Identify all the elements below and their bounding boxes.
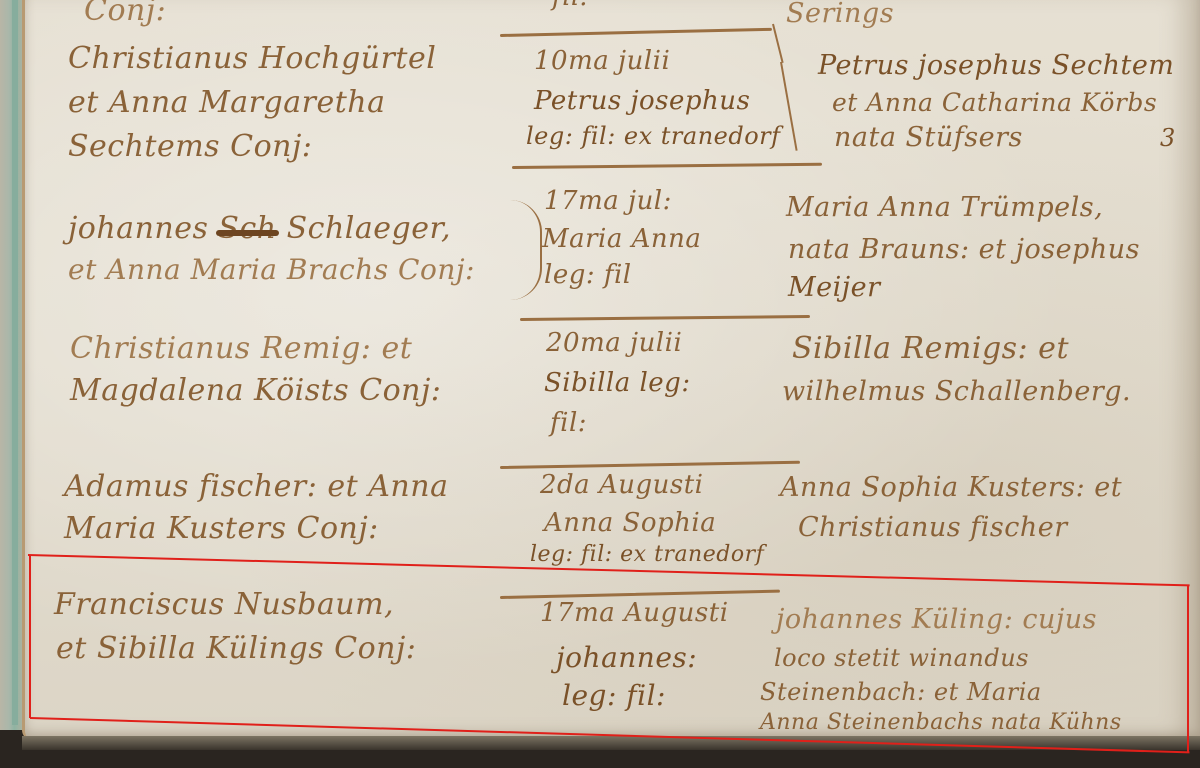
entry-4-godparents-line-2: Christianus fischer: [798, 514, 1068, 541]
entry-1-legitimacy: leg: fil: ex tranedorf: [526, 124, 781, 148]
entry-3-date: 20ma julii: [546, 330, 682, 356]
entry-4-parents-line-2: Maria Kusters Conj:: [64, 514, 379, 544]
entry-2-godparents-line-1: Maria Anna Trümpels,: [786, 194, 1103, 221]
top-fragment-right: Serings: [786, 0, 894, 27]
entry-1-godparents-line-3: nata Stüfsers: [834, 124, 1023, 151]
entry-2-legitimacy: leg: fil: [544, 262, 632, 288]
entry-5-child-name: johannes:: [556, 644, 697, 672]
entry-1-godparents-line-1: Petrus josephus Sechtem: [818, 52, 1174, 79]
entry-3-child-name: Sibilla leg:: [544, 370, 691, 396]
entry-2-parents-line-2: et Anna Maria Brachs Conj:: [68, 256, 475, 284]
top-fragment-middle: fil:: [552, 0, 589, 10]
entry-2-child-name: Maria Anna: [542, 226, 701, 252]
entry-4-godparents-line-1: Anna Sophia Kusters: et: [780, 474, 1122, 501]
entry-5-godparents-line-3: Steinenbach: et Maria: [760, 680, 1042, 704]
scanned-register-page: Conj: fil: Serings Christianus Hochgürte…: [0, 0, 1200, 768]
entry-3-godparents-line-1: Sibilla Remigs: et: [792, 334, 1069, 364]
entry-5-parents-line-1: Franciscus Nusbaum,: [54, 590, 394, 620]
entry-1-date: 10ma julii: [534, 48, 670, 74]
entry-4-parents-line-1: Adamus fischer: et Anna: [64, 472, 448, 502]
entry-5-date: 17ma Augusti: [540, 600, 729, 626]
entry-4-date: 2da Augusti: [540, 472, 703, 498]
top-fragment-left: Conj:: [84, 0, 166, 26]
entry-5-godparents-line-4: Anna Steinenbachs nata Kühns: [760, 712, 1122, 734]
entry-3-parents-line-1: Christianus Remig: et: [70, 334, 412, 364]
entry-5-godparents-line-1: johannes Küling: cujus: [776, 606, 1097, 633]
entry-1-godparents-line-2: et Anna Catharina Körbs: [832, 90, 1157, 115]
entry-5-godparents-line-2: loco stetit winandus: [774, 646, 1029, 670]
entry-2-godparents-line-3: Meijer: [788, 274, 881, 301]
entry-1-parents-line-1: Christianus Hochgürtel: [68, 44, 436, 74]
entry-3-godparents-line-2: wilhelmus Schallenberg.: [782, 378, 1131, 405]
entry-4-legitimacy: leg: fil: ex tranedorf: [530, 544, 764, 566]
entry-3-parents-line-2: Magdalena Köists Conj:: [70, 376, 441, 406]
entry-1-child-name: Petrus josephus: [534, 88, 750, 114]
entry-5-legitimacy: leg: fil:: [562, 682, 666, 710]
entry-2-godparents-line-2: nata Brauns: et josephus: [788, 236, 1140, 263]
binding-strip: [12, 0, 18, 725]
entry-2-date: 17ma jul:: [544, 188, 672, 214]
entry-3-legitimacy: fil:: [550, 410, 587, 436]
entry-5-parents-line-2: et Sibilla Külings Conj:: [56, 634, 416, 664]
entry-2-parents-line-1: johannes Sch Schlaeger,: [68, 214, 451, 244]
entry-1-parents-line-3: Sechtems Conj:: [68, 132, 312, 162]
entry-4-child-name: Anna Sophia: [544, 510, 716, 536]
struck-out-word: Sch: [218, 214, 276, 244]
margin-note: 3: [1160, 126, 1176, 150]
entry-1-parents-line-2: et Anna Margaretha: [68, 88, 385, 118]
